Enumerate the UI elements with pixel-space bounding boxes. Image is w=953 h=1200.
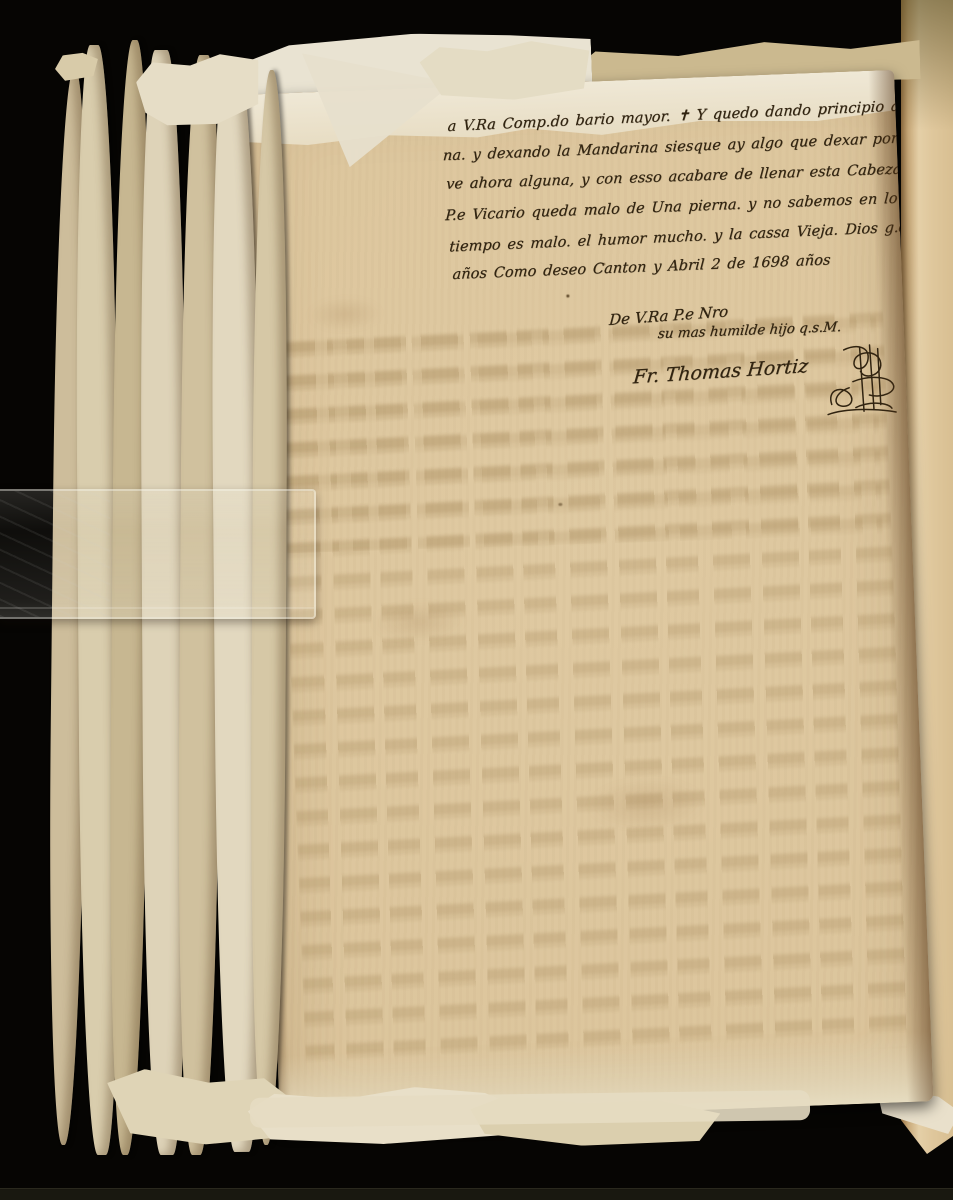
torn-paper-flap: [419, 39, 591, 103]
scan-background: a V.Ra Comp.do bario mayor. ✝ Y quedo da…: [0, 0, 953, 1200]
repaired-bottom-edge: [250, 1090, 810, 1128]
acrylic-edge-line: [0, 607, 314, 609]
scanner-edge-strip: [0, 1188, 953, 1200]
acrylic-scratches: [0, 491, 110, 617]
acrylic-strip: [0, 489, 316, 619]
